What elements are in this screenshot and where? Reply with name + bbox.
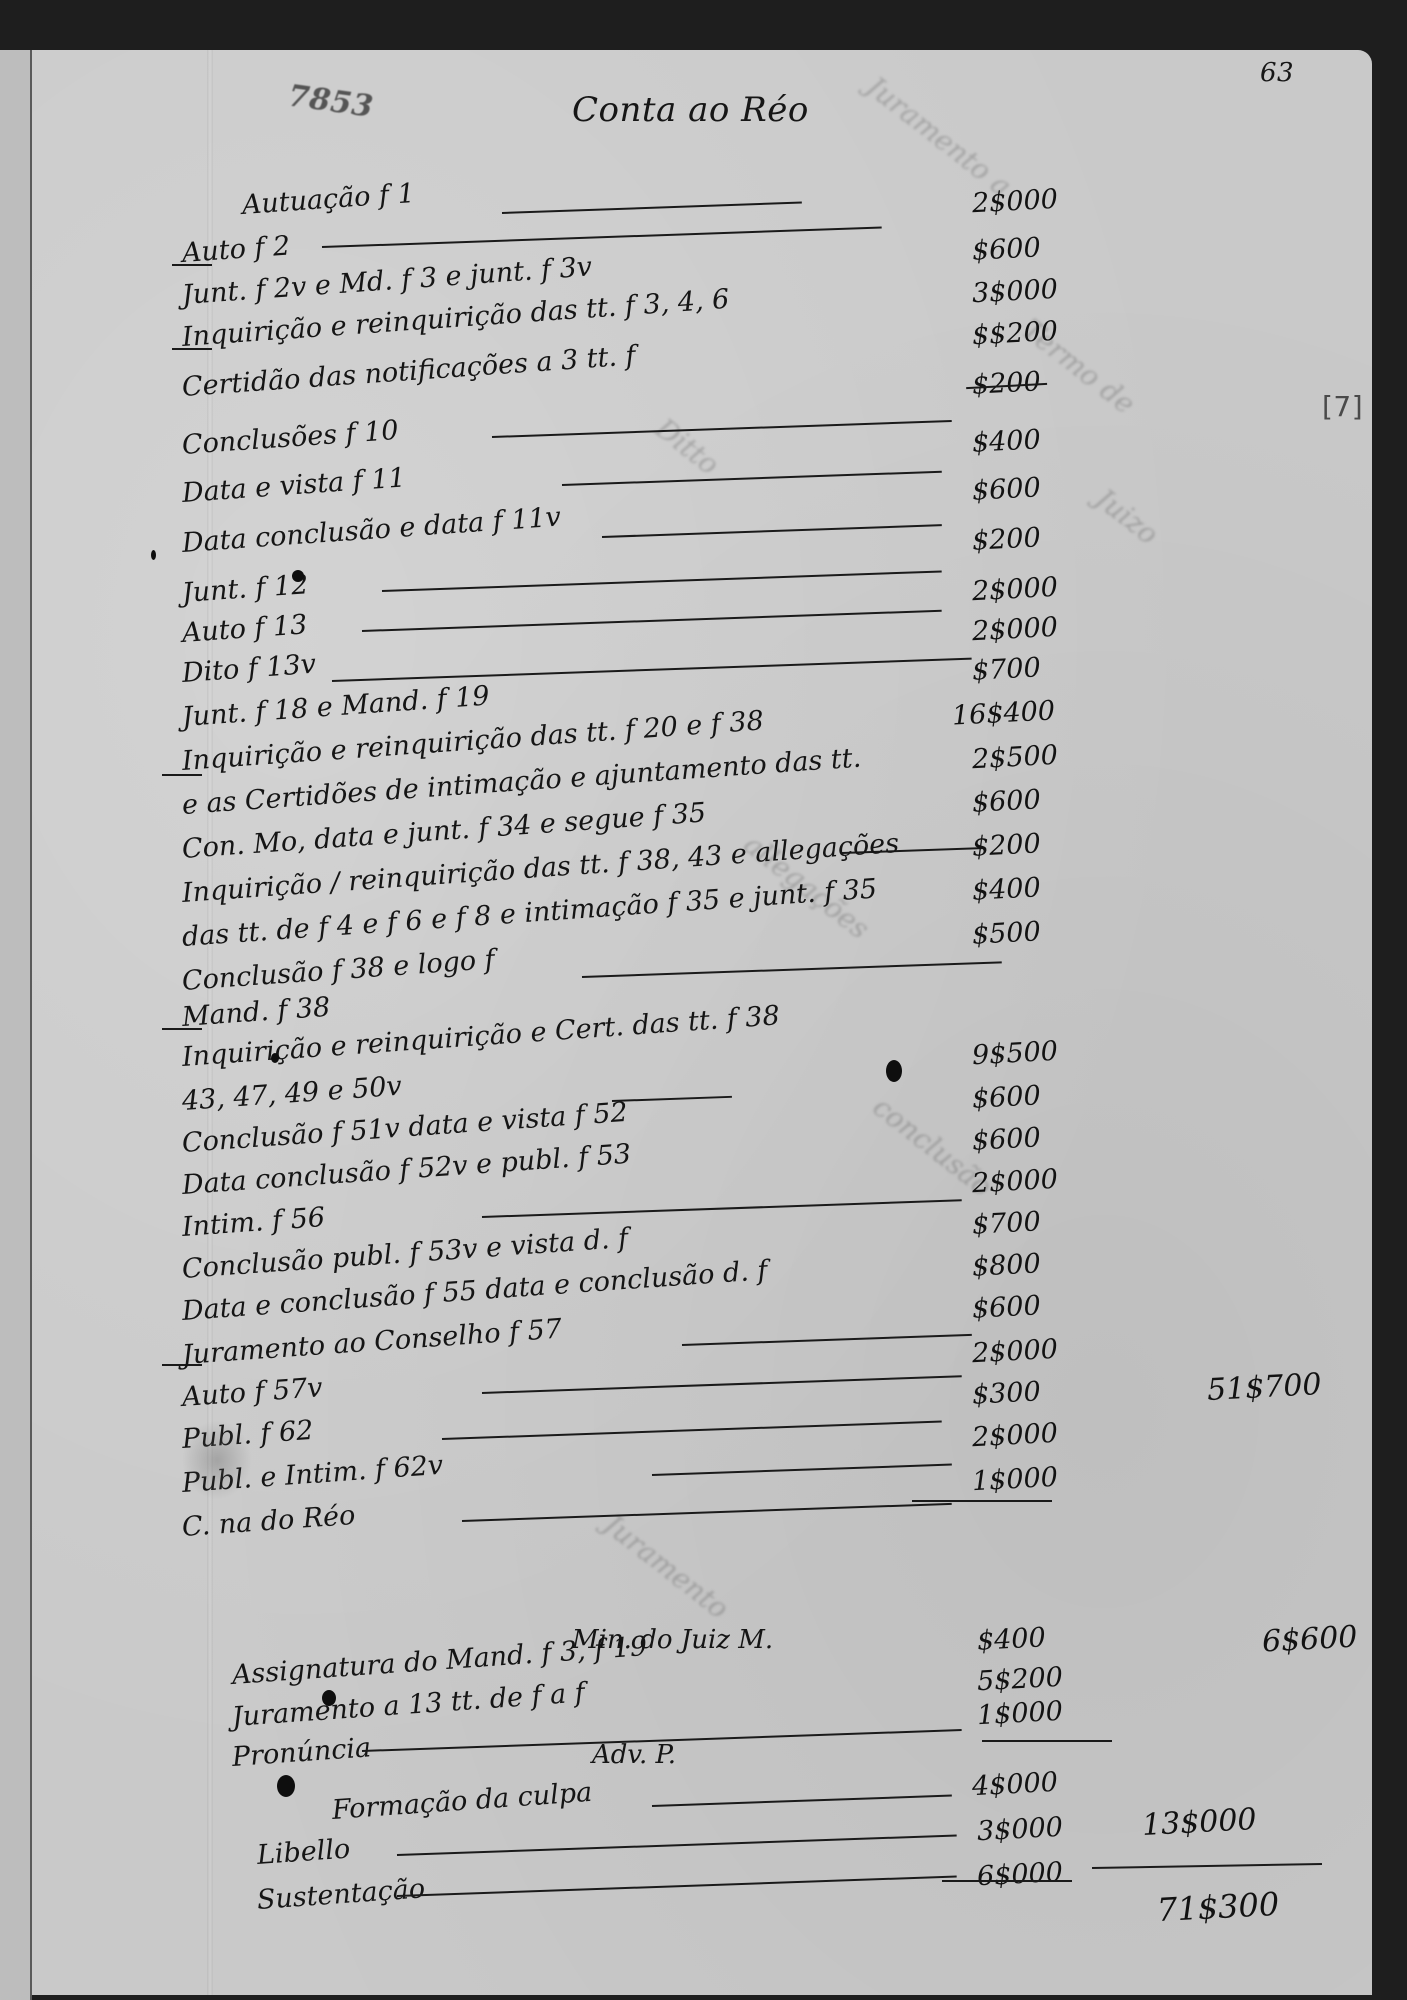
entry-amount: $200	[971, 828, 1041, 863]
ledger-entry: Conclusões f 10 $400	[182, 430, 1182, 472]
entry-amount: 2$000	[971, 1418, 1058, 1453]
ink-blot	[322, 1690, 336, 1706]
section-subtotal: 6$600	[1261, 1620, 1358, 1660]
entry-description: Libello	[256, 1834, 351, 1871]
entry-amount: $600	[971, 232, 1041, 267]
entry-amount: $800	[971, 1248, 1041, 1283]
leader-line	[652, 1795, 952, 1807]
margin-mark: [7]	[1322, 390, 1363, 423]
entry-description: Conclusões f 10	[181, 415, 400, 461]
ink-blot	[271, 1053, 279, 1063]
entry-amount: 16$400	[951, 695, 1056, 731]
entry-description: Junt. f 12	[181, 569, 309, 609]
entry-amount: 4$000	[971, 1767, 1058, 1802]
ledger-entry: Inquirição e reinquirição das tt. f 3, 4…	[182, 322, 1182, 364]
section-subtotal: 51$700	[1206, 1367, 1322, 1408]
entry-amount: $200	[971, 522, 1041, 557]
leader-line	[397, 1834, 957, 1856]
entry-amount: $400	[976, 1622, 1046, 1657]
ledger-entry: Data conclusão e data f 11v $200	[182, 528, 1182, 570]
section-heading: Adv. P.	[592, 1740, 676, 1770]
entry-amount: 1$000	[976, 1696, 1063, 1731]
entry-amount: $300	[971, 1376, 1041, 1411]
grand-total: 71$300	[1156, 1885, 1280, 1929]
page-title: Conta ao Réo	[572, 90, 809, 130]
entry-amount: 1$000	[971, 1462, 1058, 1497]
entry-amount: 2$000	[971, 612, 1058, 647]
subtotal-rule	[942, 1880, 1072, 1882]
ledger-entry: Auto f 57v $300	[182, 1382, 1182, 1424]
ink-blot	[277, 1775, 295, 1797]
entry-amount: 3$000	[976, 1812, 1063, 1847]
leader-line	[332, 658, 972, 682]
entry-amount: $700	[971, 1206, 1041, 1241]
entry-description: Auto f 2	[181, 230, 291, 268]
leader-line	[502, 202, 802, 214]
entry-amount: $$200	[971, 316, 1058, 351]
ledger-entry: Certidão das notificações a 3 tt. f $200	[182, 372, 1182, 414]
entry-description: Autuação f 1	[241, 178, 416, 221]
entry-amount: 9$500	[971, 1036, 1058, 1071]
subtotal-rule	[912, 1500, 1052, 1502]
entry-amount: $600	[971, 784, 1041, 819]
entry-description: Formação da culpa	[331, 1777, 593, 1826]
subtotal-rule	[982, 1740, 1112, 1742]
ledger-entry: Pronúncia	[232, 1742, 1232, 1784]
stamp-number: 7853	[286, 78, 376, 125]
entry-amount: $200	[971, 366, 1041, 401]
entry-amount: 6$000	[976, 1857, 1063, 1892]
entry-description: Assignatura do Mand. f 3, f 19	[231, 1631, 648, 1691]
leader-line	[492, 420, 952, 438]
bleed-through-text: Juramento a	[860, 70, 1018, 203]
entry-amount: 2$000	[971, 1334, 1058, 1369]
entry-amount: 2$000	[971, 1164, 1058, 1199]
ledger-page: Juramento a Termo de Juizo Ditto allegaç…	[32, 50, 1372, 1995]
ink-blot	[151, 550, 156, 560]
leader-line	[442, 1421, 942, 1440]
previous-page-edge	[0, 50, 32, 2000]
leader-line	[602, 524, 942, 538]
entry-amount: $400	[971, 872, 1041, 907]
section-subtotal: 13$000	[1141, 1802, 1257, 1843]
entry-amount: $600	[971, 1122, 1041, 1157]
ledger-entry: Data e vista f 11 $600	[182, 478, 1182, 520]
entry-amount: $600	[971, 1080, 1041, 1115]
entry-amount: $600	[971, 472, 1041, 507]
entry-amount: 2$000	[971, 184, 1058, 219]
paper-stain	[182, 1420, 252, 1500]
entry-amount: 2$000	[971, 572, 1058, 607]
folio-number: 63	[1260, 58, 1294, 88]
entry-amount: 2$500	[971, 740, 1058, 775]
ledger-entry: Autuação f 1 2$000	[242, 190, 1242, 232]
ink-blot	[292, 570, 304, 582]
leader-line	[612, 1096, 732, 1102]
ledger-entry: C. na do Réo	[182, 1512, 1182, 1554]
entry-amount: 5$200	[976, 1662, 1063, 1697]
entry-amount: $600	[971, 1290, 1041, 1325]
leader-line	[562, 471, 942, 486]
entry-amount: $500	[971, 916, 1041, 951]
entry-amount: $700	[971, 652, 1041, 687]
leader-line	[382, 570, 942, 592]
ink-blot	[886, 1060, 902, 1082]
entry-amount: 3$000	[971, 274, 1058, 309]
ledger-entry: Sustentação 6$000	[257, 1885, 1257, 1927]
entry-amount: $400	[971, 424, 1041, 459]
